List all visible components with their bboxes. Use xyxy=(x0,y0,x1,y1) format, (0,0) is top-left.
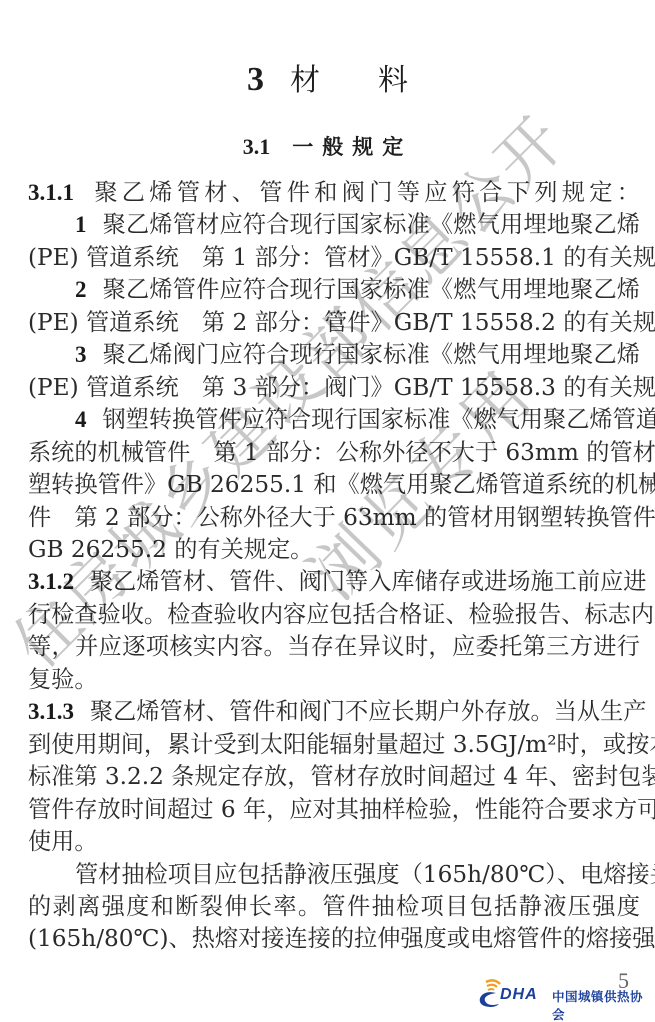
text-line: 使用。 xyxy=(28,826,640,858)
line-text: 聚乙烯管材、管件和阀门不应长期户外存放。当从生产 xyxy=(90,698,647,725)
line-text: 到使用期间，累计受到太阳能辐射量超过 3.5GJ/m²时，或按本 xyxy=(28,731,655,758)
text-line: (165h/80℃)、热熔对接连接的拉伸强度或电熔管件的熔接强 xyxy=(28,923,640,955)
section-number: 3.1 xyxy=(243,134,271,159)
clause-number: 3.1.2 xyxy=(28,569,74,594)
list-item-number: 2 xyxy=(75,277,87,302)
chapter-title-char-1: 材 xyxy=(290,63,320,98)
line-text: 使用。 xyxy=(28,828,98,855)
line-text: 管材抽检项目应包括静液压强度（165h/80℃）、电熔接头 xyxy=(75,861,655,888)
line-text: 行检查验收。检查验收内容应包括合格证、检验报告、标志内容 xyxy=(28,601,655,628)
list-item-line: 3聚乙烯阀门应符合现行国家标准《燃气用埋地聚乙烯 xyxy=(28,339,640,371)
line-text: (PE) 管道系统 第 3 部分：阀门》GB/T 15558.3 的有关规定； xyxy=(28,374,655,401)
text-line: 系统的机械管件 第 1 部分：公称外径不大于 63mm 的管材用钢 xyxy=(28,437,640,469)
line-text: 的剥离强度和断裂伸长率。管件抽检项目包括静液压强度 xyxy=(28,893,640,920)
line-text: (PE) 管道系统 第 1 部分：管材》GB/T 15558.1 的有关规定； xyxy=(28,244,655,271)
line-text: (165h/80℃)、热熔对接连接的拉伸强度或电熔管件的熔接强 xyxy=(28,925,655,952)
text-line: 件 第 2 部分：公称外径大于 63mm 的管材用钢塑转换管件》 xyxy=(28,502,640,534)
clause-line: 3.1.2聚乙烯管材、管件、阀门等入库储存或进场施工前应进 xyxy=(28,566,640,598)
line-text: 聚乙烯阀门应符合现行国家标准《燃气用埋地聚乙烯 xyxy=(103,341,641,368)
list-item-number: 4 xyxy=(75,407,87,432)
line-text: 聚乙烯管材应符合现行国家标准《燃气用埋地聚乙烯 xyxy=(103,211,641,238)
text-line: 塑转换管件》GB 26255.1 和《燃气用聚乙烯管道系统的机械管 xyxy=(28,469,640,501)
text-line: 复验。 xyxy=(28,664,640,696)
line-text: 塑转换管件》GB 26255.1 和《燃气用聚乙烯管道系统的机械管 xyxy=(28,471,655,498)
text-line: (PE) 管道系统 第 3 部分：阀门》GB/T 15558.3 的有关规定； xyxy=(28,372,640,404)
line-text: 等，并应逐项核实内容。当存在异议时，应委托第三方进行 xyxy=(28,633,640,660)
line-text: 标准第 3.2.2 条规定存放，管材存放时间超过 4 年、密封包装的 xyxy=(28,763,655,790)
list-item-line: 1聚乙烯管材应符合现行国家标准《燃气用埋地聚乙烯 xyxy=(28,209,640,241)
line-text: (PE) 管道系统 第 2 部分：管件》GB/T 15558.2 的有关规定； xyxy=(28,309,655,336)
list-item-line: 4钢塑转换管件应符合现行国家标准《燃气用聚乙烯管道 xyxy=(28,404,640,436)
line-text: 管件存放时间超过 6 年，应对其抽样检验，性能符合要求方可 xyxy=(28,796,655,823)
text-line: 到使用期间，累计受到太阳能辐射量超过 3.5GJ/m²时，或按本 xyxy=(28,729,640,761)
line-text: 系统的机械管件 第 1 部分：公称外径不大于 63mm 的管材用钢 xyxy=(28,439,655,466)
text-line: 行检查验收。检查验收内容应包括合格证、检验报告、标志内容 xyxy=(28,599,640,631)
document-page: 3材料 3.1一般规定 3.1.1聚乙烯管材、管件和阀门等应符合下列规定：1聚乙… xyxy=(0,0,655,1022)
section-title: 3.1一般规定 xyxy=(0,132,655,162)
line-text: 钢塑转换管件应符合现行国家标准《燃气用聚乙烯管道 xyxy=(103,406,655,433)
section-heading-text: 一般规定 xyxy=(292,135,412,159)
list-item-line: 2聚乙烯管件应符合现行国家标准《燃气用埋地聚乙烯 xyxy=(28,274,640,306)
text-line: 标准第 3.2.2 条规定存放，管材存放时间超过 4 年、密封包装的 xyxy=(28,761,640,793)
chapter-number: 3 xyxy=(247,61,264,98)
page-number: 5 xyxy=(618,968,629,994)
chapter-title: 3材料 xyxy=(0,60,655,100)
text-line: (PE) 管道系统 第 2 部分：管件》GB/T 15558.2 的有关规定； xyxy=(28,307,640,339)
line-text: GB 26255.2 的有关规定。 xyxy=(28,536,313,563)
list-item-number: 3 xyxy=(75,342,87,367)
text-line: GB 26255.2 的有关规定。 xyxy=(28,534,640,566)
text-line: 管件存放时间超过 6 年，应对其抽样检验，性能符合要求方可 xyxy=(28,794,640,826)
line-text: 聚乙烯管材、管件、阀门等入库储存或进场施工前应进 xyxy=(90,568,647,595)
text-line: 等，并应逐项核实内容。当存在异议时，应委托第三方进行 xyxy=(28,631,640,663)
line-text: 聚乙烯管材、管件和阀门等应符合下列规定： xyxy=(90,179,640,206)
text-line: (PE) 管道系统 第 1 部分：管材》GB/T 15558.1 的有关规定； xyxy=(28,242,640,274)
text-line: 管材抽检项目应包括静液压强度（165h/80℃）、电熔接头 xyxy=(28,859,640,891)
list-item-number: 1 xyxy=(75,212,87,237)
logo-organization-name: 中国城镇供热协会 xyxy=(552,987,649,1022)
clause-number: 3.1.3 xyxy=(28,699,74,724)
chapter-title-char-2: 料 xyxy=(378,63,408,98)
line-text: 复验。 xyxy=(28,666,98,693)
clause-number: 3.1.1 xyxy=(28,180,74,205)
line-text: 件 第 2 部分：公称外径大于 63mm 的管材用钢塑转换管件》 xyxy=(28,504,655,531)
logo-abbreviation: DHA xyxy=(500,986,538,1004)
body-text: 3.1.1聚乙烯管材、管件和阀门等应符合下列规定：1聚乙烯管材应符合现行国家标准… xyxy=(28,177,640,956)
clause-line: 3.1.1聚乙烯管材、管件和阀门等应符合下列规定： xyxy=(28,177,640,209)
line-text: 聚乙烯管件应符合现行国家标准《燃气用埋地聚乙烯 xyxy=(103,276,641,303)
clause-line: 3.1.3聚乙烯管材、管件和阀门不应长期户外存放。当从生产 xyxy=(28,696,640,728)
text-line: 的剥离强度和断裂伸长率。管件抽检项目包括静液压强度 xyxy=(28,891,640,923)
